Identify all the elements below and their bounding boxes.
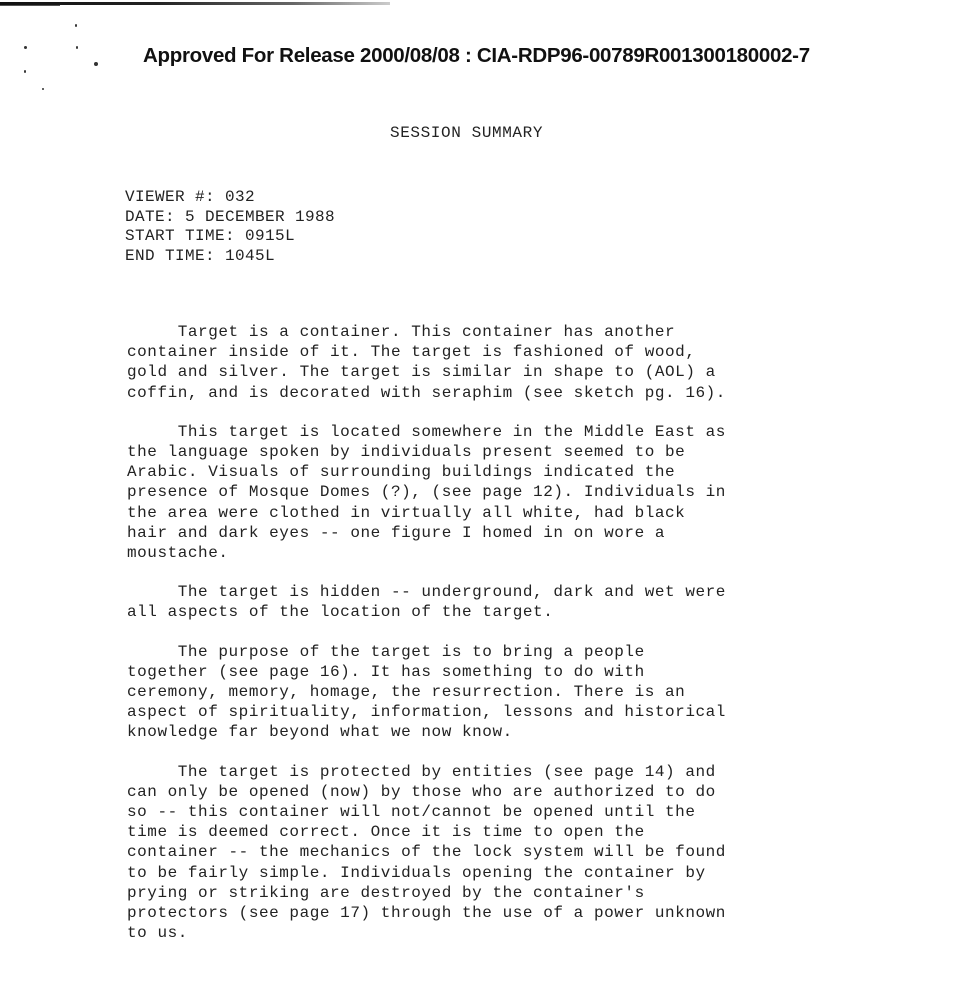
summary-paragraph: The purpose of the target is to bring a … [127, 642, 857, 743]
scan-edge-artifact [0, 5, 60, 6]
meta-value: 032 [225, 188, 255, 206]
paragraph-line: presence of Mosque Domes (?), (see page … [127, 482, 857, 502]
meta-label: START TIME: [125, 227, 235, 245]
summary-body: Target is a container. This container ha… [127, 322, 857, 962]
meta-label: DATE: [125, 208, 175, 226]
paragraph-line: together (see page 16). It has something… [127, 662, 857, 682]
paragraph-line: to be fairly simple. Individuals opening… [127, 863, 857, 883]
meta-label: VIEWER #: [125, 188, 215, 206]
paragraph-line: protectors (see page 17) through the use… [127, 903, 857, 923]
meta-viewer: VIEWER #: 032 [125, 188, 335, 208]
meta-label: END TIME: [125, 247, 215, 265]
paragraph-line: Target is a container. This container ha… [127, 322, 857, 342]
paragraph-line: the area were clothed in virtually all w… [127, 503, 857, 523]
paragraph-line: all aspects of the location of the targe… [127, 602, 857, 622]
paragraph-line: time is deemed correct. Once it is time … [127, 822, 857, 842]
meta-value: 1045L [225, 247, 275, 265]
paragraph-line: container inside of it. The target is fa… [127, 342, 857, 362]
scan-speck [76, 46, 78, 49]
scan-speck [75, 24, 77, 27]
meta-value: 5 DECEMBER 1988 [185, 208, 335, 226]
paragraph-line: ceremony, memory, homage, the resurrecti… [127, 682, 857, 702]
scan-speck [24, 70, 26, 73]
paragraph-line: aspect of spirituality, information, les… [127, 702, 857, 722]
summary-paragraph: The target is hidden -- underground, dar… [127, 582, 857, 622]
paragraph-line: The purpose of the target is to bring a … [127, 642, 857, 662]
paragraph-line: to us. [127, 923, 857, 943]
summary-paragraph: The target is protected by entities (see… [127, 762, 857, 944]
summary-paragraph: Target is a container. This container ha… [127, 322, 857, 403]
meta-value: 0915L [245, 227, 295, 245]
summary-paragraph: This target is located somewhere in the … [127, 422, 857, 563]
paragraph-line: Arabic. Visuals of surrounding buildings… [127, 462, 857, 482]
scan-speck [24, 46, 27, 49]
paragraph-line: The target is protected by entities (see… [127, 762, 857, 782]
paragraph-line: can only be opened (now) by those who ar… [127, 782, 857, 802]
release-stamp: Approved For Release 2000/08/08 : CIA-RD… [143, 44, 810, 68]
paragraph-line: hair and dark eyes -- one figure I homed… [127, 523, 857, 543]
meta-start-time: START TIME: 0915L [125, 227, 335, 247]
paragraph-line: the language spoken by individuals prese… [127, 442, 857, 462]
meta-end-time: END TIME: 1045L [125, 247, 335, 267]
paragraph-line: This target is located somewhere in the … [127, 422, 857, 442]
paragraph-line: container -- the mechanics of the lock s… [127, 842, 857, 862]
paragraph-line: moustache. [127, 543, 857, 563]
scan-speck [42, 88, 44, 90]
document-title: SESSION SUMMARY [390, 124, 543, 142]
session-metadata: VIEWER #: 032 DATE: 5 DECEMBER 1988 STAR… [125, 188, 335, 266]
paragraph-line: prying or striking are destroyed by the … [127, 883, 857, 903]
meta-date: DATE: 5 DECEMBER 1988 [125, 208, 335, 228]
paragraph-line: gold and silver. The target is similar i… [127, 362, 857, 382]
scan-speck [94, 62, 98, 66]
paragraph-line: The target is hidden -- underground, dar… [127, 582, 857, 602]
paragraph-line: knowledge far beyond what we now know. [127, 722, 857, 742]
paragraph-line: so -- this container will not/cannot be … [127, 802, 857, 822]
paragraph-line: coffin, and is decorated with seraphim (… [127, 383, 857, 403]
